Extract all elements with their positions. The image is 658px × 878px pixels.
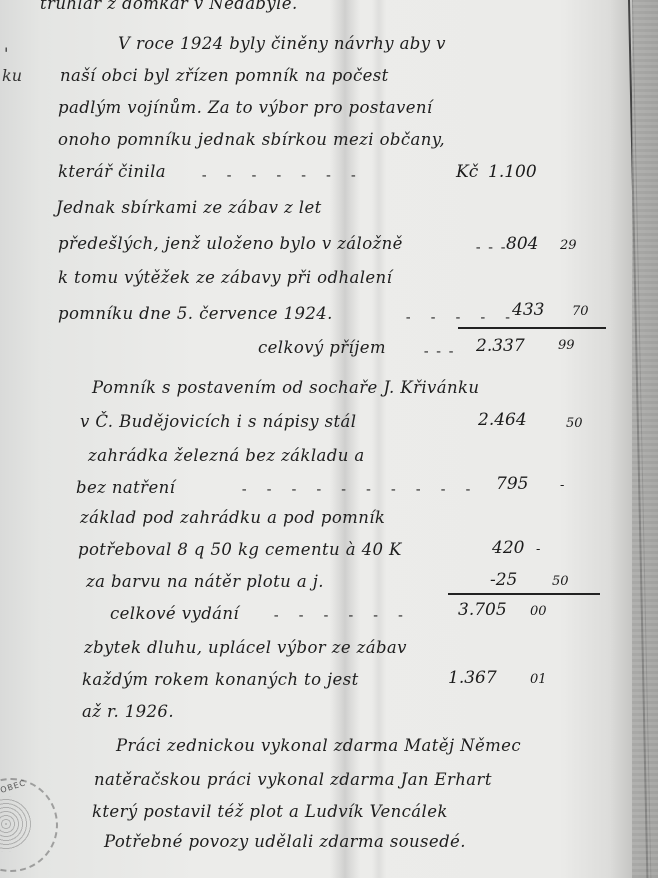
text-line: truhlář z domkář v Nedabyle.	[40, 0, 298, 13]
amount-cents: 99	[558, 338, 575, 353]
text-line: naší obci byl zřízen pomník na počest	[60, 66, 389, 85]
text-line: každým rokem konaných to jest	[82, 670, 359, 689]
leader-dashes: - - - - - - - - - -	[240, 482, 476, 498]
text-line: Práci zednickou vykonal zdarma Matěj Něm…	[116, 736, 521, 755]
text-line: až r. 1926.	[82, 702, 174, 721]
text-line: Potřebné povozy udělali zdarma sousedé.	[104, 832, 466, 851]
text-line: bez natření	[76, 478, 175, 497]
text-line: Pomník s postavením od sochaře J. Křiván…	[92, 378, 479, 397]
amount-monument: 2.464	[478, 410, 527, 430]
amount-cents: 50	[566, 416, 583, 431]
leader-dashes: ---	[422, 344, 459, 360]
leader-dashes: - - - - - - -	[200, 168, 362, 184]
text-line: kterář činila	[58, 162, 166, 181]
leader-dashes: - - - - - -	[272, 608, 409, 624]
margin-fragment: ku	[2, 66, 22, 85]
amount-fence: 795	[496, 474, 528, 494]
text-line: zbytek dluhu, uplácel výbor ze zábav	[84, 638, 407, 657]
amount-remaining: 1.367	[448, 668, 497, 688]
text-line: Jednak sbírkami ze zábav z let	[56, 198, 322, 217]
amount-cents: 00	[530, 604, 547, 619]
text-line: V roce 1924 byly činěny návrhy aby v	[118, 34, 446, 53]
text-line: pomníku dne 5. července 1924.	[58, 304, 333, 323]
amount-cement: 420	[492, 538, 524, 558]
amount-cents: -	[536, 542, 540, 557]
text-line: celkové vydání	[110, 604, 239, 623]
text-line: předešlých, jenž uloženo bylo v záložně	[58, 234, 403, 253]
amount-collection: 1.100	[488, 162, 537, 182]
page-edge	[632, 0, 658, 878]
text-line: v Č. Budějovicích i s nápisy stál	[80, 412, 356, 431]
amount-cents: 70	[572, 304, 589, 319]
margin-fragment: '	[4, 44, 8, 63]
text-line: základ pod zahrádku a pod pomník	[80, 508, 385, 527]
amount-cents: 01	[530, 672, 547, 687]
text-line: padlým vojínům. Za to výbor pro postaven…	[58, 98, 433, 117]
amount-paint: -25	[490, 570, 517, 590]
amount-cents: -	[560, 478, 564, 493]
amount-savings: 804	[506, 234, 538, 254]
text-line: za barvu na nátěr plotu a j.	[86, 572, 324, 591]
amount-total-expense: 3.705	[458, 600, 507, 620]
amount-total-income: 2.337	[476, 336, 525, 356]
amount-unveiling: 433	[512, 300, 544, 320]
amount-currency: Kč	[456, 162, 478, 182]
amount-cents: 29	[560, 238, 577, 253]
text-line: celkový příjem	[258, 338, 386, 357]
text-line: který postavil též plot a Ludvík Vencále…	[92, 802, 448, 821]
text-line: potřeboval 8 q 50 kg cementu à 40 K	[78, 540, 402, 559]
sum-rule	[458, 327, 606, 329]
sum-rule	[448, 593, 600, 595]
text-line: zahrádka železná bez základu a	[88, 446, 365, 465]
text-line: k tomu výtěžek ze zábavy při odhalení	[58, 268, 392, 287]
text-line: onoho pomníku jednak sbírkou mezi občany…	[58, 130, 445, 149]
amount-cents: 50	[552, 574, 569, 589]
document-page: ' ku truhlář z domkář v Nedabyle. V roce…	[0, 0, 658, 878]
leader-dashes: - - - - -	[404, 310, 516, 326]
text-line: natěračskou práci vykonal zdarma Jan Erh…	[94, 770, 492, 789]
